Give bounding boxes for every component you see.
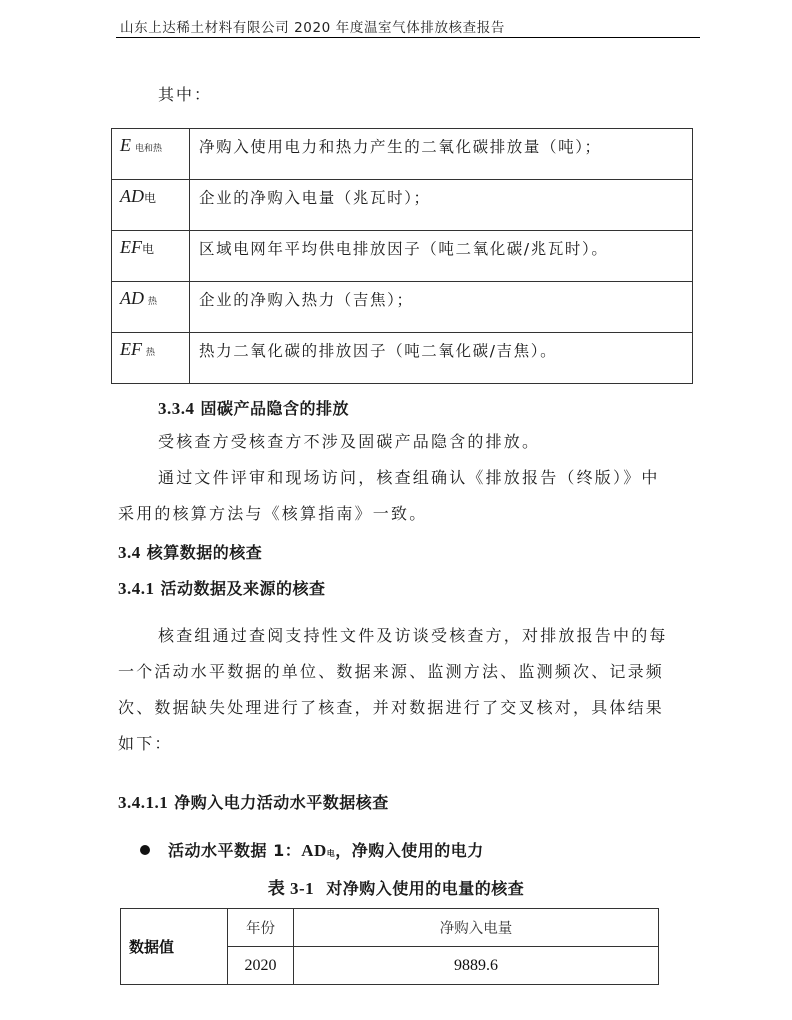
variable-symbol: EF热	[112, 333, 190, 384]
year-cell: 2020	[228, 947, 294, 985]
variable-symbol: EF电	[112, 231, 190, 282]
heading-3-4-1-1: 3.4.1.1净购入电力活动水平数据核查	[118, 790, 389, 813]
variable-symbol: AD热	[112, 282, 190, 333]
heading-3-4: 3.4核算数据的核查	[118, 540, 262, 563]
variable-description: 净购入使用电力和热力产生的二氧化碳排放量（吨）；	[190, 129, 693, 180]
intro-text: 其中：	[158, 82, 212, 105]
electricity-data-table: 数据值 年份 净购入电量 2020 9889.6	[120, 908, 659, 985]
variable-description: 热力二氧化碳的排放因子（吨二氧化碳/吉焦）。	[190, 333, 693, 384]
table-row: E电和热 净购入使用电力和热力产生的二氧化碳排放量（吨）；	[112, 129, 693, 180]
table-row: EF电 区域电网年平均供电排放因子（吨二氧化碳/兆瓦时）。	[112, 231, 693, 282]
column-header-value: 净购入电量	[294, 909, 659, 947]
table-row: AD电 企业的净购入电量（兆瓦时）；	[112, 180, 693, 231]
bullet-item: 活动水平数据 1：AD电，净购入使用的电力	[140, 838, 484, 861]
value-cell: 9889.6	[294, 947, 659, 985]
variable-description: 企业的净购入电量（兆瓦时）；	[190, 180, 693, 231]
table-row: EF热 热力二氧化碳的排放因子（吨二氧化碳/吉焦）。	[112, 333, 693, 384]
heading-3-3-4: 3.3.4固碳产品隐含的排放	[158, 396, 349, 419]
paragraph: 如下：	[118, 726, 173, 762]
paragraph: 采用的核算方法与《核算指南》一致。	[118, 496, 427, 532]
table-row: AD热 企业的净购入热力（吉焦）；	[112, 282, 693, 333]
row-header: 数据值	[121, 909, 228, 985]
paragraph: 受核查方受核查方不涉及固碳产品隐含的排放。	[158, 424, 540, 460]
header-title: 山东上达稀土材料有限公司 2020 年度温室气体排放核查报告	[120, 16, 505, 36]
heading-3-4-1: 3.4.1活动数据及来源的核查	[118, 576, 326, 599]
paragraph: 次、数据缺失处理进行了核查，并对数据进行了交叉核对，具体结果	[118, 690, 664, 726]
table-row: 数据值 年份 净购入电量	[121, 909, 659, 947]
paragraph: 核查组通过查阅支持性文件及访谈受核查方，对排放报告中的每	[158, 618, 668, 654]
variable-description: 区域电网年平均供电排放因子（吨二氧化碳/兆瓦时）。	[190, 231, 693, 282]
page-header: 山东上达稀土材料有限公司 2020 年度温室气体排放核查报告	[116, 12, 700, 38]
variable-symbol: AD电	[112, 180, 190, 231]
variable-description: 企业的净购入热力（吉焦）；	[190, 282, 693, 333]
variable-symbol: E电和热	[112, 129, 190, 180]
column-header-year: 年份	[228, 909, 294, 947]
table-caption: 表 3-1 对净购入使用的电量的核查	[0, 874, 792, 899]
variable-definition-table: E电和热 净购入使用电力和热力产生的二氧化碳排放量（吨）； AD电 企业的净购入…	[111, 128, 693, 384]
bullet-icon	[140, 845, 150, 855]
paragraph: 一个活动水平数据的单位、数据来源、监测方法、监测频次、记录频	[118, 654, 664, 690]
paragraph: 通过文件评审和现场访问，核查组确认《排放报告（终版）》中	[158, 460, 660, 496]
